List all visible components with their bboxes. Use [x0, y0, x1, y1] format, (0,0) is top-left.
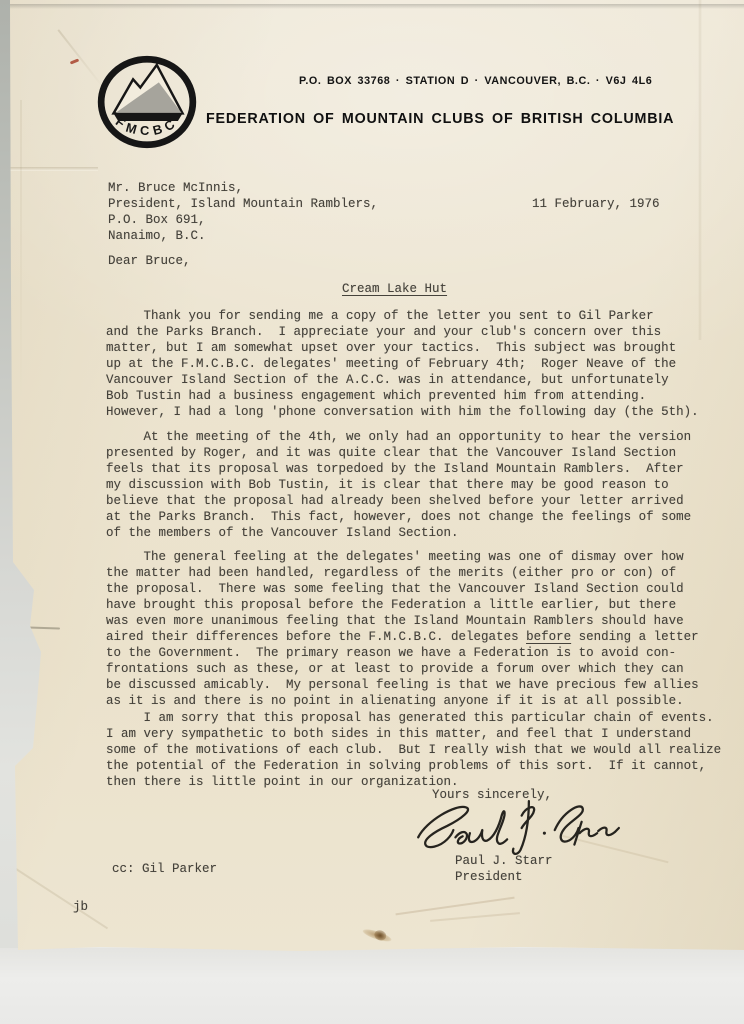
body-paragraph-2: At the meeting of the 4th, we only had a… — [106, 429, 691, 541]
scuff-mark — [430, 912, 520, 921]
subject-line: Cream Lake Hut — [342, 281, 447, 297]
scanned-letter: FMCBC P.O. BOX 33768 · STATION D · VANCO… — [0, 0, 744, 1024]
signer-title: President — [455, 869, 523, 885]
stain-mark — [360, 923, 397, 949]
recipient-city: Nanaimo, B.C. — [108, 229, 206, 243]
letter-date: 11 February, 1976 — [532, 196, 660, 212]
body-paragraph-1: Thank you for sending me a copy of the l… — [106, 308, 699, 420]
recipient-po-box: P.O. Box 691, — [108, 213, 206, 227]
paper-top-shadow — [0, 4, 744, 9]
scuff-mark — [395, 897, 514, 915]
letterhead-org-name: FEDERATION OF MOUNTAIN CLUBS OF BRITISH … — [206, 111, 674, 127]
typist-initials: jb — [73, 899, 88, 915]
body-paragraph-4: I am sorry that this proposal has genera… — [106, 710, 721, 790]
scan-background-bottom — [0, 948, 744, 1024]
vertical-crease-right — [698, 0, 702, 340]
cc-line: cc: Gil Parker — [112, 861, 217, 877]
fmcbc-logo-icon: FMCBC — [96, 54, 198, 150]
recipient-address-block: Mr. Bruce McInnis, President, Island Mou… — [108, 180, 378, 244]
handwritten-signature — [410, 798, 625, 858]
letter-paper: FMCBC P.O. BOX 33768 · STATION D · VANCO… — [0, 0, 744, 954]
typed-signature-name: Paul J. Starr — [455, 853, 553, 869]
left-edge-tear — [28, 626, 60, 629]
paragraph-3-underlined-word: before — [526, 630, 571, 644]
recipient-name: Mr. Bruce McInnis, — [108, 181, 243, 195]
body-paragraph-3: The general feeling at the delegates' me… — [106, 549, 699, 709]
vertical-crease-left — [20, 100, 22, 400]
salutation: Dear Bruce, — [108, 253, 191, 269]
recipient-title: President, Island Mountain Ramblers, — [108, 197, 378, 211]
fold-crease-left — [0, 167, 98, 171]
red-speck-mark — [70, 58, 79, 64]
letterhead-address: P.O. BOX 33768 · STATION D · VANCOUVER, … — [299, 75, 652, 87]
